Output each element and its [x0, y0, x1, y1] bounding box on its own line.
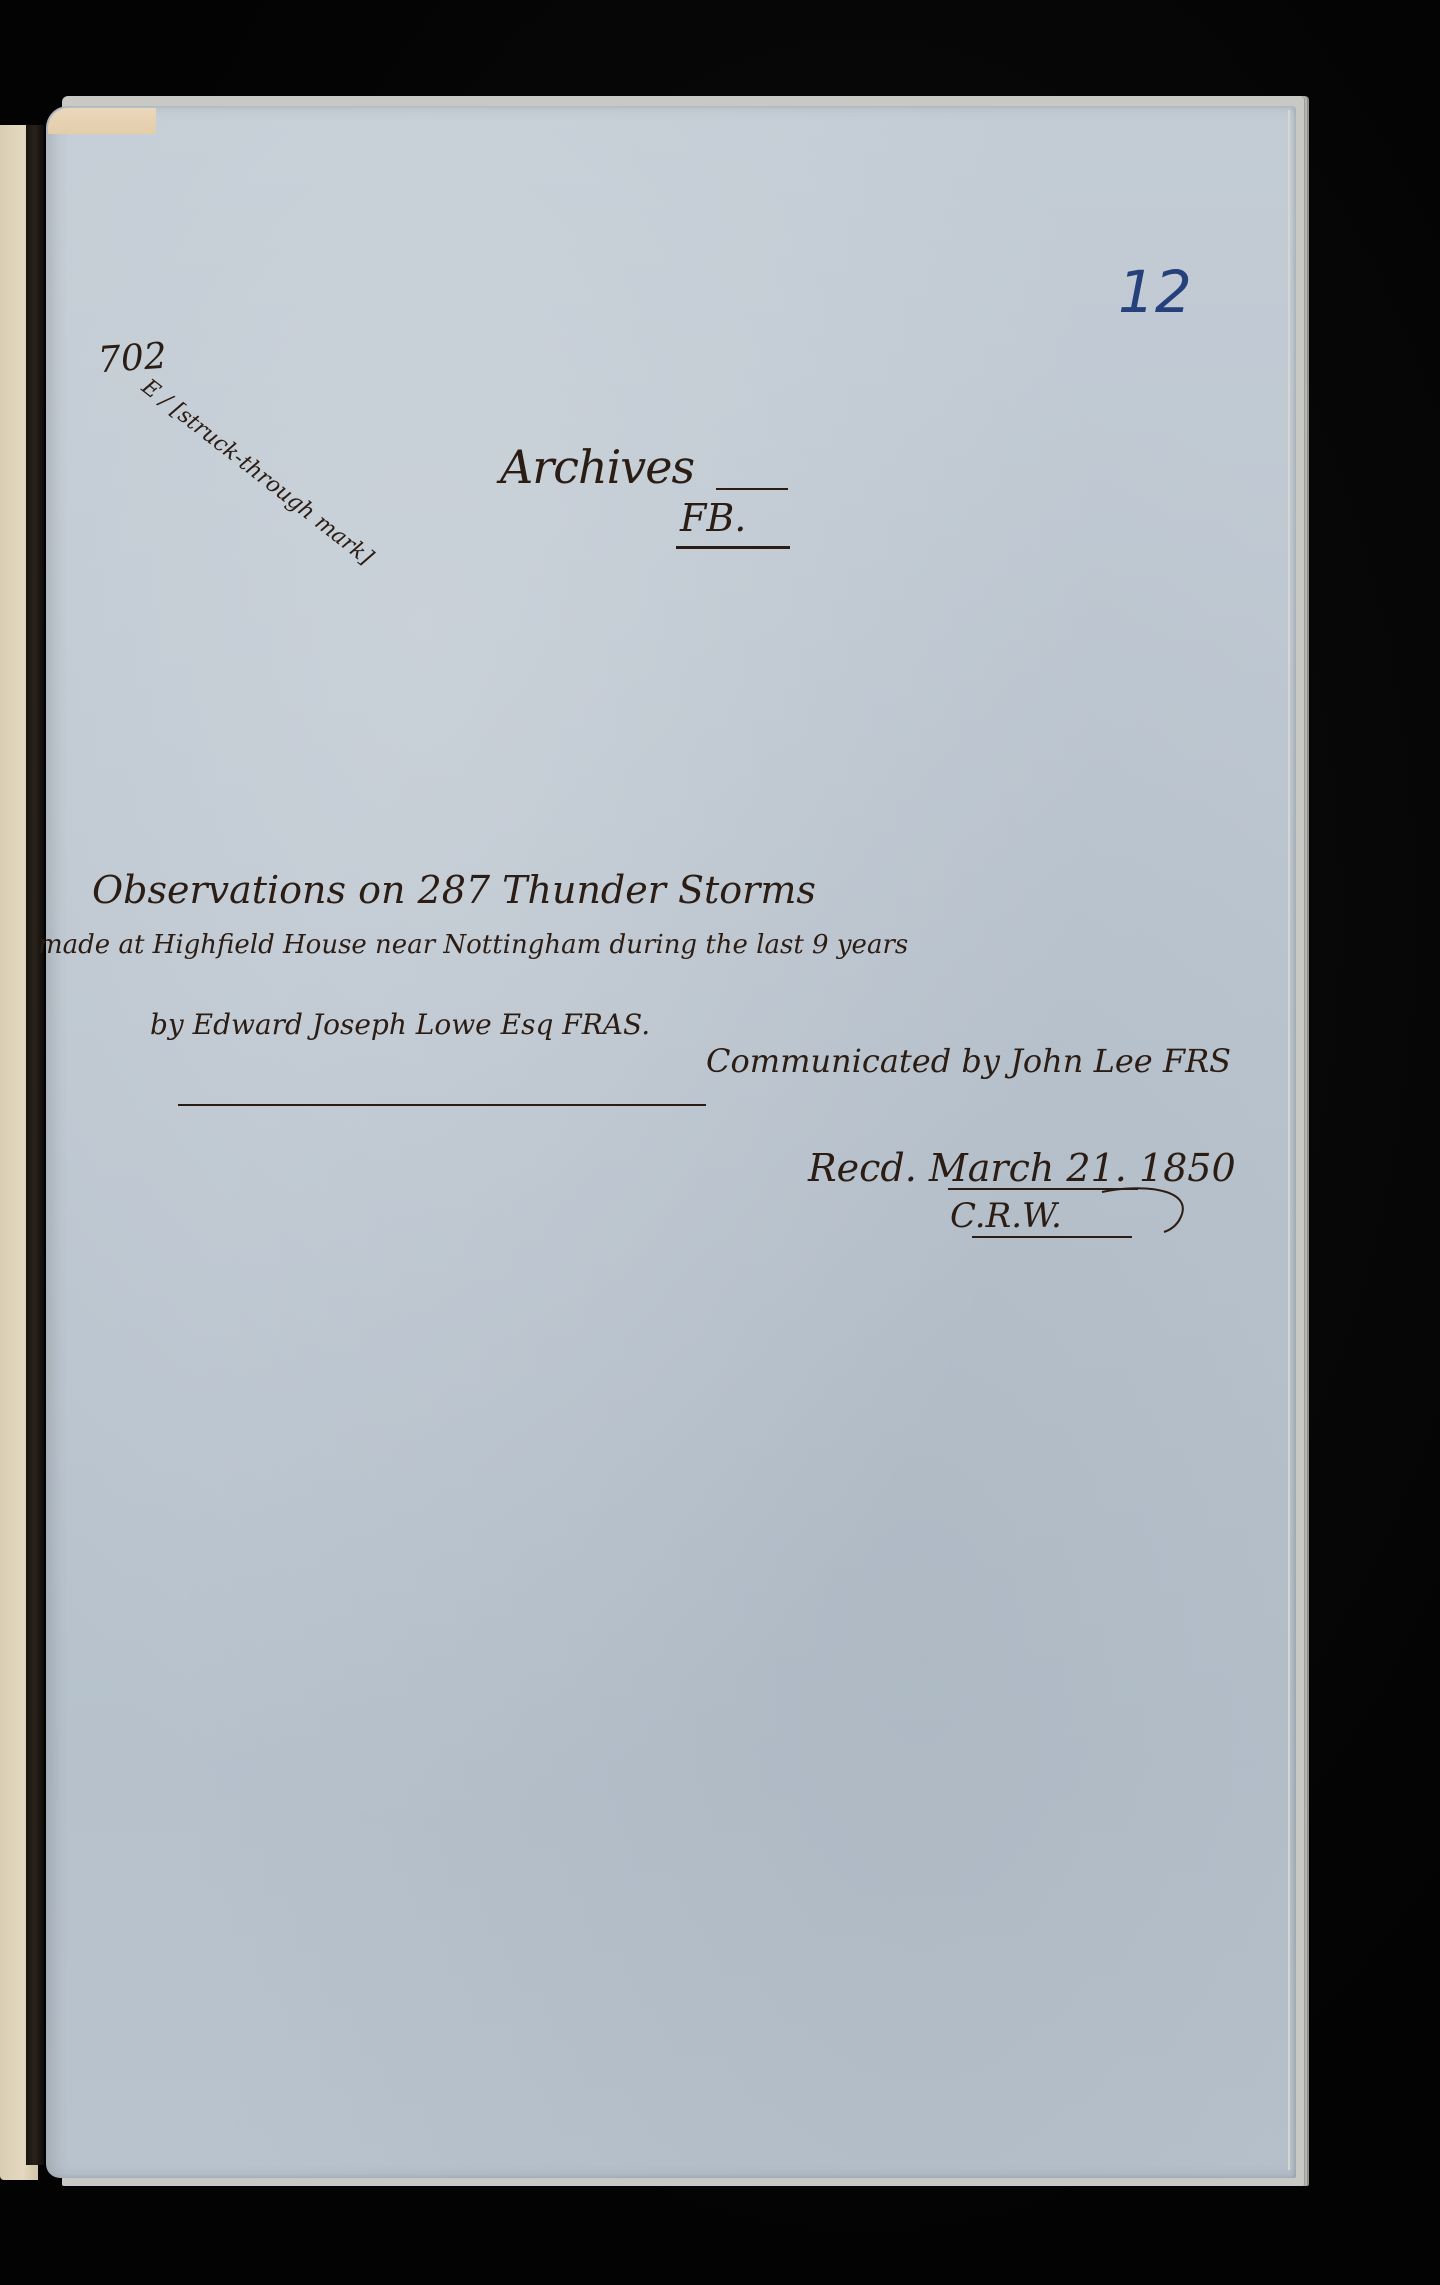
receiver-initials: C.R.W. — [950, 1196, 1062, 1236]
author-line: by Edward Joseph Lowe Esq FRAS. — [150, 1008, 650, 1041]
archive-label: Archives — [500, 440, 694, 494]
title-rule — [178, 1104, 706, 1106]
title-line-1: Observations on 287 Thunder Storms — [92, 868, 816, 912]
scan-stage: 12 702 E / [struck-through mark] Archive… — [0, 0, 1440, 2285]
flourish-icon — [1100, 1186, 1190, 1236]
archive-underline — [676, 546, 790, 549]
page-right-edge — [1288, 110, 1290, 2170]
title-line-2: made at Highfield House near Nottingham … — [38, 930, 908, 960]
manuscript-page — [46, 106, 1296, 2178]
shelf-mark: 702 — [97, 336, 168, 382]
folio-number: 12 — [1118, 258, 1192, 326]
initials-underline — [972, 1236, 1132, 1238]
communicated-by: Communicated by John Lee FRS — [706, 1042, 1231, 1080]
archive-overline — [716, 488, 788, 490]
received-date: Recd. March 21. 1850 — [808, 1146, 1236, 1190]
book-gutter — [26, 125, 44, 2165]
page-top-fold — [48, 108, 156, 134]
archive-code: FB. — [680, 496, 746, 540]
